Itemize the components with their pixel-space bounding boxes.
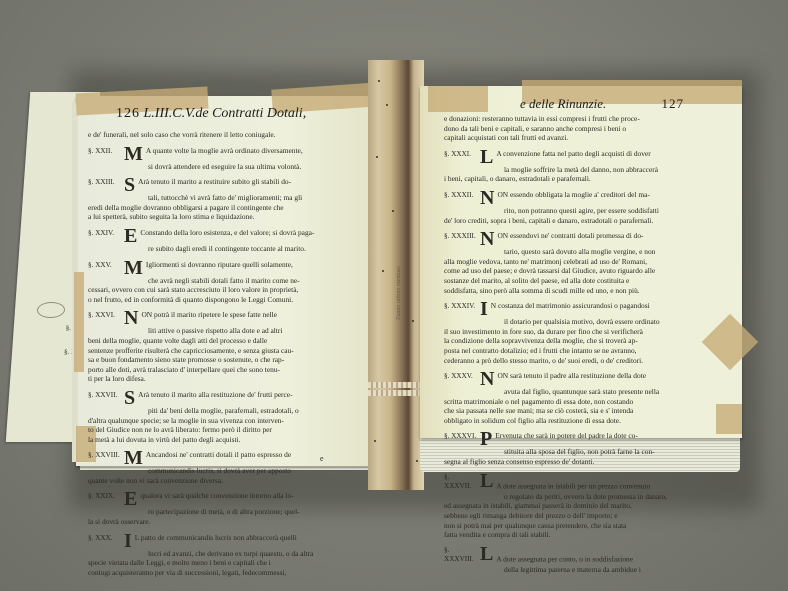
running-head: 126 L.III.C.V.de Contratti Dotali, (116, 106, 306, 122)
section-xxx: §. XXX.IL patto de communicandis lucris … (88, 533, 378, 578)
spine-label: Zanno uttimo mentusc (396, 266, 402, 320)
drop-cap: L (480, 149, 493, 165)
left-page-text: e de' funerali, nel solo caso che vorrà … (88, 130, 378, 583)
section-xxii: §. XXII.MA quante volte la moglie avrà o… (88, 146, 378, 172)
section-xxxiv: §. XXXIV.IN costanza del matrimonio assi… (444, 301, 734, 365)
section-xxxviii: §. XXXVIII.LA dote assegnata per conto, … (444, 546, 734, 575)
section-xxix: §. XXIX.Equalora vi sarà qualche convenz… (88, 491, 378, 526)
running-head: e delle Rinunzie. 127 (520, 96, 684, 112)
drop-cap: I (480, 301, 488, 317)
drop-cap: L (480, 473, 493, 489)
section-xxxvi: §. XXXVI.PErvenuta che sarà in potere de… (444, 431, 734, 466)
section-xxxvii: §. XXXVII.LA dote assegnata in istabili … (444, 473, 734, 540)
drop-cap: E (124, 228, 137, 244)
section-xxv: §. XXV.MIgliormenti si dovranno riputare… (88, 260, 378, 305)
drop-cap: I (124, 533, 132, 549)
drop-cap: N (480, 371, 494, 387)
drop-cap: S (124, 390, 135, 406)
drop-cap: S (124, 177, 135, 193)
drop-cap: L (480, 546, 493, 562)
repair-tape (428, 86, 488, 112)
section-xxvii: §. XXVII.SArà tenuto il marito alla rest… (88, 390, 378, 444)
drop-cap: M (124, 450, 143, 466)
left-page: 126 L.III.C.V.de Contratti Dotali, e de'… (76, 96, 378, 466)
chapter-title: L.III.C.V.de Contratti Dotali, (144, 106, 307, 121)
binding-thread (368, 390, 424, 396)
drop-cap: N (480, 190, 494, 206)
section-xxiv: §. XXIV.EConstando della loro esistenza,… (88, 228, 378, 254)
page-number: 126 (116, 106, 140, 121)
drop-cap: M (124, 146, 143, 162)
paragraph: e donazioni: resteranno tuttavia in essi… (444, 114, 734, 143)
drop-cap: N (124, 310, 138, 326)
right-page-text: e donazioni: resteranno tuttavia in essi… (444, 114, 734, 581)
page-number: 127 (662, 96, 685, 111)
section-xxxv: §. XXXV.NON sarà tenuto il padre alla re… (444, 371, 734, 425)
ink-stain (36, 302, 65, 318)
right-page: e delle Rinunzie. 127 e donazioni: reste… (420, 86, 742, 438)
section-xxxiii: §. XXXIII.NON essendovi ne' contratti do… (444, 231, 734, 295)
drop-cap: P (480, 431, 492, 447)
binding-thread (368, 382, 424, 388)
section-xxviii: §. XXVIII.MAncandosi ne' contratti dotal… (88, 450, 378, 485)
drop-cap: E (124, 491, 137, 507)
section-xxxi: §. XXXI.LA convenzione fatta nel patto d… (444, 149, 734, 184)
drop-cap: N (480, 231, 494, 247)
catchword: e (320, 454, 324, 463)
chapter-title: e delle Rinunzie. (520, 96, 606, 111)
section-xxvi: §. XXVI.NON potrà il marito ripetere le … (88, 310, 378, 384)
drop-cap: M (124, 260, 143, 276)
repair-tape (74, 272, 84, 372)
paragraph: e de' funerali, nel solo caso che vorrà … (88, 130, 378, 140)
section-xxiii: §. XXIII.SArà tenuto il marito a restitu… (88, 177, 378, 222)
section-xxxii: §. XXXII.NON essendo obbligata la moglie… (444, 190, 734, 225)
